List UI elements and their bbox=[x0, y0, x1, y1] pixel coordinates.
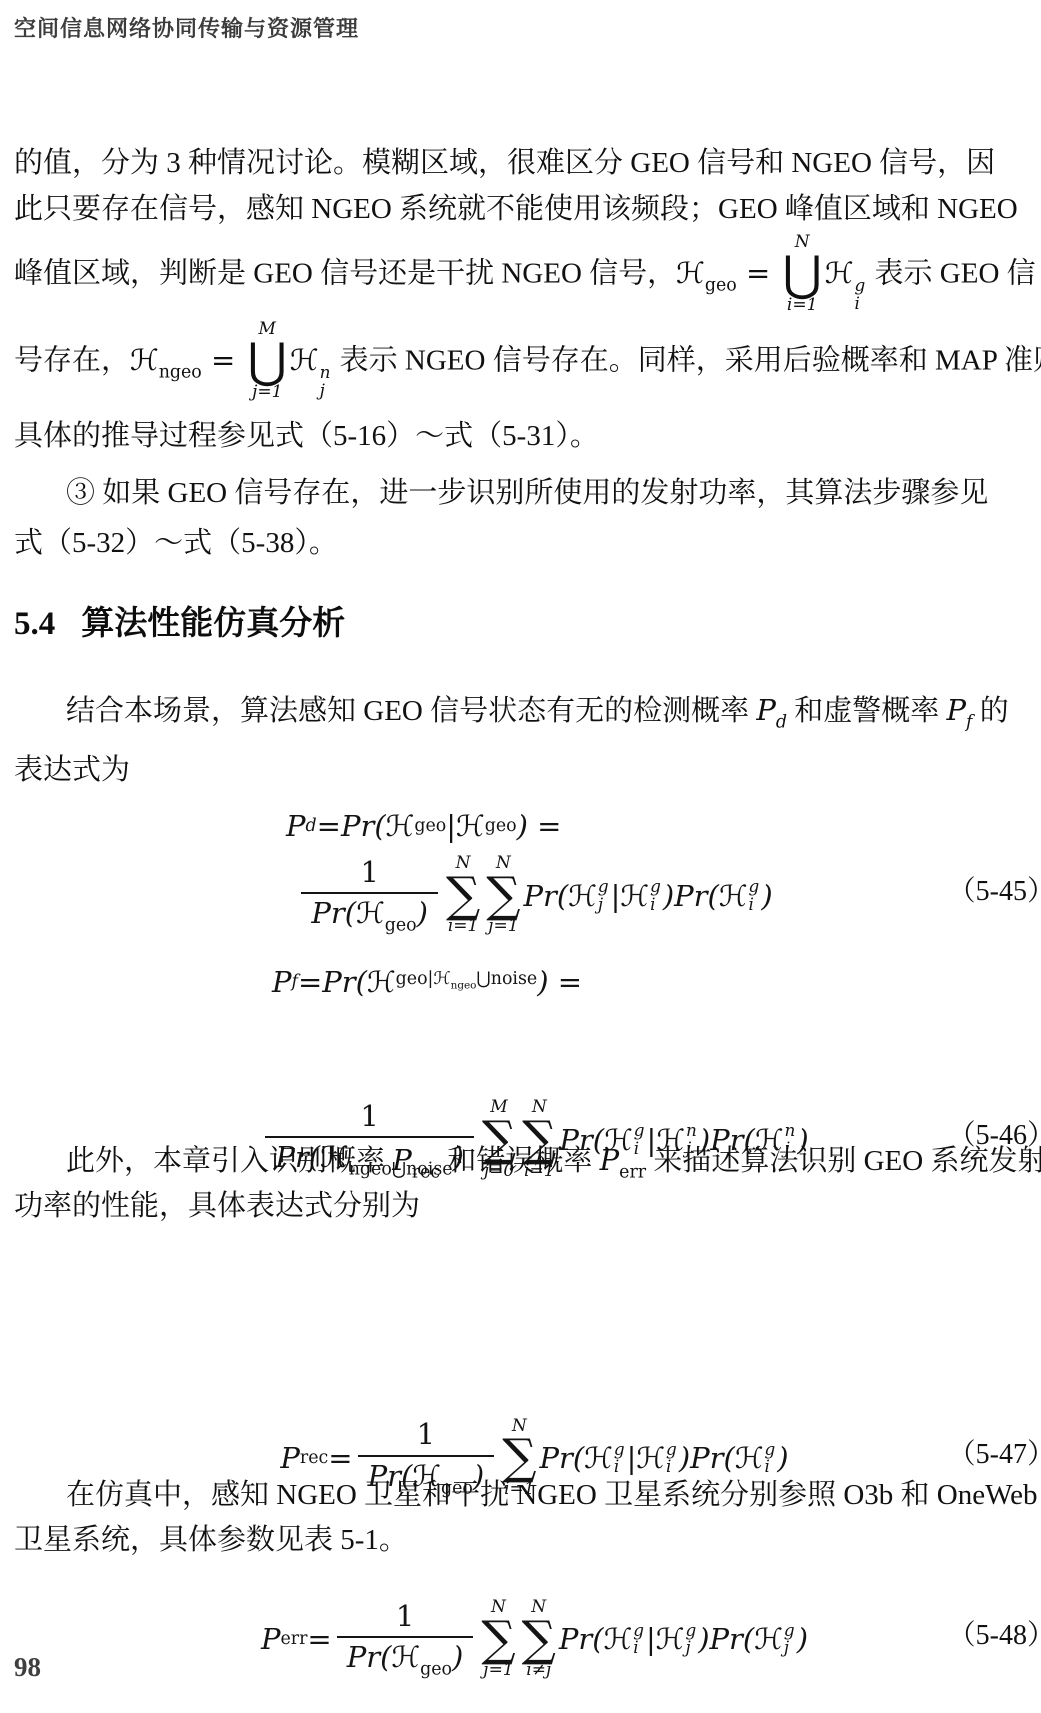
text-run: 的 bbox=[972, 695, 1008, 727]
math-sub: err bbox=[619, 1162, 646, 1182]
equation-label-5-48: （5-48） bbox=[948, 1613, 1041, 1653]
fraction: 1Pr(ℋgeo) bbox=[301, 856, 438, 936]
big-operator: M⋃j=1 bbox=[248, 321, 287, 402]
math-text: ℋ bbox=[719, 874, 748, 918]
math-text: = bbox=[737, 256, 780, 290]
math-text: ⋃ bbox=[476, 969, 490, 989]
math-text: | bbox=[446, 804, 456, 848]
equation-label-5-47: （5-47） bbox=[948, 1432, 1041, 1472]
big-operator: N∑i=1 bbox=[446, 855, 480, 936]
math-text: ) = bbox=[537, 960, 582, 1004]
operator-symbol: ∑ bbox=[446, 873, 480, 919]
operator-symbol: ⋃ bbox=[782, 252, 821, 298]
math-sub: j bbox=[598, 896, 603, 914]
equation-5-45: 1Pr(ℋgeo)N∑i=1N∑j=1Pr(ℋgj | ℋgi)Pr(ℋgi) … bbox=[14, 855, 1041, 936]
running-header: 空间信息网络协同传输与资源管理 bbox=[14, 12, 1027, 43]
inline-math: Perr bbox=[600, 1143, 646, 1177]
equation-5-46-lhs: Pf = Pr(ℋgeo|ℋngeo⋃noise) = bbox=[14, 957, 1027, 1007]
inline-math: ℋgeo = N⋃i=1ℋgi bbox=[676, 256, 867, 290]
math-sub: i bbox=[749, 896, 754, 914]
big-operator: N∑j=1 bbox=[486, 855, 520, 936]
operator-lower-limit: j=1 bbox=[488, 918, 518, 936]
math-text: )Pr( bbox=[663, 874, 719, 918]
text-run: 在仿真中，感知 NGEO 卫星和干扰 NGEO 卫星系统分别参照 O3b 和 O… bbox=[66, 1479, 1038, 1511]
operator-lower-limit: i=1 bbox=[448, 918, 479, 936]
math-text: ℋ bbox=[130, 343, 159, 377]
text-run: 的值，分为 3 种情况讨论。模糊区域，很难区分 GEO 信号和 NGEO 信号，… bbox=[14, 147, 995, 179]
math-text: 1 bbox=[360, 855, 378, 889]
math-text: 1 bbox=[360, 1099, 378, 1133]
operator-symbol: ∑ bbox=[486, 873, 520, 919]
math-text: P bbox=[600, 1143, 620, 1177]
math-sub: ngeo bbox=[451, 979, 477, 991]
math-supsub: gi bbox=[749, 878, 760, 913]
math-text: Pr( bbox=[524, 874, 569, 918]
math-sub: geo bbox=[485, 804, 517, 848]
text-run: 和虚警概率 bbox=[787, 695, 947, 727]
math-text: 1 bbox=[417, 1417, 435, 1451]
math-supsub: nj bbox=[320, 364, 331, 399]
text-run: 来描述算法识别 GEO 系统发射 bbox=[646, 1145, 1041, 1177]
page-number: 98 bbox=[14, 1652, 1027, 1683]
text-run: 峰值区域，判断是 GEO 信号还是干扰 NGEO 信号， bbox=[14, 258, 676, 290]
math-supsub: gi bbox=[765, 1441, 776, 1476]
math-text: ℋ bbox=[620, 874, 649, 918]
text-run: 表达式为 bbox=[14, 754, 130, 786]
section-title: 算法性能仿真分析 bbox=[81, 604, 345, 641]
math-sub: geo|ℋngeo⋃noise bbox=[396, 957, 538, 1007]
paragraph-line: 结合本场景，算法感知 GEO 信号状态有无的检测概率 Pd 和虚警概率 Pf 的 bbox=[14, 688, 1027, 744]
inline-math: Prec bbox=[392, 1143, 440, 1177]
section-number: 5.4 bbox=[14, 606, 55, 642]
math-text: geo| bbox=[396, 969, 434, 989]
math-sup: g bbox=[598, 878, 609, 896]
math-sub: rec bbox=[412, 1162, 440, 1182]
text-run: ③ 如果 GEO 信号存在，进一步识别所使用的发射功率，其算法步骤参见 bbox=[66, 477, 988, 509]
math-text: = bbox=[202, 343, 245, 377]
text-run: 和错误概率 bbox=[440, 1145, 600, 1177]
text-run: 号存在， bbox=[14, 345, 130, 377]
math-sub: geo bbox=[385, 915, 417, 935]
math-text: Pr( bbox=[341, 804, 386, 848]
math-text: P bbox=[947, 693, 967, 727]
paragraph-line: 具体的推导过程参见式（5-16）～式（5-31）。 bbox=[14, 414, 1027, 458]
text-run: 式（5-32）～式（5-38）。 bbox=[14, 527, 338, 559]
math-sub: geo bbox=[705, 275, 737, 295]
fraction-numerator: 1 bbox=[407, 1418, 445, 1454]
math-supsub: gi bbox=[650, 878, 661, 913]
math-text: ℋ bbox=[676, 256, 705, 290]
operator-lower-limit: j=1 bbox=[252, 384, 282, 402]
big-operator: N⋃i=1 bbox=[782, 234, 821, 315]
math-text: | bbox=[611, 874, 621, 918]
math-text: ℋ bbox=[356, 896, 385, 930]
math-text: ℋ bbox=[433, 969, 450, 989]
equation-5-45-body: 1Pr(ℋgeo)N∑i=1N∑j=1Pr(ℋgj | ℋgi)Pr(ℋgi) bbox=[14, 855, 1041, 936]
math-text: P bbox=[272, 960, 292, 1004]
text-run: 表示 NGEO 信号存在。同样，采用后验概率和 MAP 准则， bbox=[332, 345, 1041, 377]
math-text: ) bbox=[417, 896, 428, 930]
math-text: ℋ bbox=[386, 804, 415, 848]
operator-symbol: ⋃ bbox=[248, 339, 287, 385]
paragraph-line: 卫星系统，具体参数见表 5-1。 bbox=[14, 1518, 1027, 1562]
math-sup: g bbox=[650, 878, 661, 896]
math-text: Pr( bbox=[311, 896, 356, 930]
math-text: ℋ bbox=[568, 874, 597, 918]
math-sub: geo bbox=[414, 804, 446, 848]
math-text: P bbox=[286, 804, 306, 848]
math-sub: d bbox=[776, 712, 787, 732]
text-run: 结合本场景，算法感知 GEO 信号状态有无的检测概率 bbox=[66, 695, 756, 727]
paragraph-line: ③ 如果 GEO 信号存在，进一步识别所使用的发射功率，其算法步骤参见 bbox=[14, 471, 1027, 515]
paragraph-line: 在仿真中，感知 NGEO 卫星和干扰 NGEO 卫星系统分别参照 O3b 和 O… bbox=[14, 1473, 1027, 1517]
math-text: ) bbox=[761, 874, 772, 918]
math-sub: j bbox=[320, 382, 325, 400]
math-supsub: gj bbox=[598, 878, 609, 913]
text-run: 卫星系统，具体参数见表 5-1。 bbox=[14, 1524, 408, 1556]
paragraph-line: 式（5-32）～式（5-38）。 bbox=[14, 521, 1027, 565]
math-text: P bbox=[392, 1143, 412, 1177]
math-text: 1 bbox=[396, 1599, 414, 1633]
paragraph-line: 表达式为 bbox=[14, 748, 1027, 792]
paragraph-line: 的值，分为 3 种情况讨论。模糊区域，很难区分 GEO 信号和 NGEO 信号，… bbox=[14, 141, 1027, 185]
math-sub: i bbox=[650, 896, 655, 914]
math-text: ℋ bbox=[290, 343, 319, 377]
math-sup: g bbox=[749, 878, 760, 896]
math-text: ℋ bbox=[367, 960, 396, 1004]
math-sub: d bbox=[306, 804, 317, 848]
math-text: Pr( bbox=[322, 960, 367, 1004]
text-run: 功率的性能，具体表达式分别为 bbox=[14, 1190, 420, 1222]
math-supsub: gi bbox=[855, 277, 866, 312]
math-supsub: gi bbox=[614, 1441, 625, 1476]
paragraph-line-with-formula: 号存在，ℋngeo = M⋃j=1ℋnj 表示 NGEO 信号存在。同样，采用后… bbox=[14, 321, 1027, 402]
fraction-numerator: 1 bbox=[350, 1100, 388, 1136]
equation-label-5-45: （5-45） bbox=[948, 869, 1041, 909]
math-text: P bbox=[756, 693, 776, 727]
math-text: noise bbox=[491, 969, 537, 989]
text-run: 具体的推导过程参见式（5-16）～式（5-31）。 bbox=[14, 420, 599, 452]
book-page: 空间信息网络协同传输与资源管理 的值，分为 3 种情况讨论。模糊区域，很难区分 … bbox=[0, 0, 1041, 1713]
math-sub: ngeo bbox=[159, 362, 202, 382]
fraction-denominator: Pr(ℋgeo) bbox=[301, 892, 438, 935]
paragraph-line: 功率的性能，具体表达式分别为 bbox=[14, 1184, 1027, 1228]
inline-math: Pf bbox=[947, 693, 973, 727]
fraction-numerator: 1 bbox=[386, 1600, 424, 1636]
text-run: 此外，本章引入识别概率 bbox=[66, 1145, 392, 1177]
fraction-numerator: 1 bbox=[350, 856, 388, 892]
math-text: ℋ bbox=[825, 256, 854, 290]
inline-math: Pd bbox=[756, 693, 787, 727]
math-text: = bbox=[298, 960, 322, 1004]
section-heading: 5.4算法性能仿真分析 bbox=[14, 603, 1027, 644]
paragraph-line: 此只要存在信号，感知 NGEO 系统就不能使用该频段；GEO 峰值区域和 NGE… bbox=[14, 187, 1027, 231]
operator-lower-limit: i=1 bbox=[787, 297, 818, 315]
text-run: 此只要存在信号，感知 NGEO 系统就不能使用该频段；GEO 峰值区域和 NGE… bbox=[14, 193, 1018, 225]
math-text: ) = bbox=[517, 804, 562, 848]
math-sub: i bbox=[855, 295, 860, 313]
inline-math: ℋngeo = M⋃j=1ℋnj bbox=[130, 343, 332, 377]
text-run: 表示 GEO 信 bbox=[867, 258, 1035, 290]
math-text: ℋ bbox=[456, 804, 485, 848]
equation-5-45-lhs: Pd = Pr(ℋgeo | ℋgeo) = bbox=[14, 804, 1027, 848]
math-text: = bbox=[317, 804, 341, 848]
paragraph-line-with-formula: 峰值区域，判断是 GEO 信号还是干扰 NGEO 信号，ℋgeo = N⋃i=1… bbox=[14, 234, 1027, 315]
math-supsub: gi bbox=[666, 1441, 677, 1476]
